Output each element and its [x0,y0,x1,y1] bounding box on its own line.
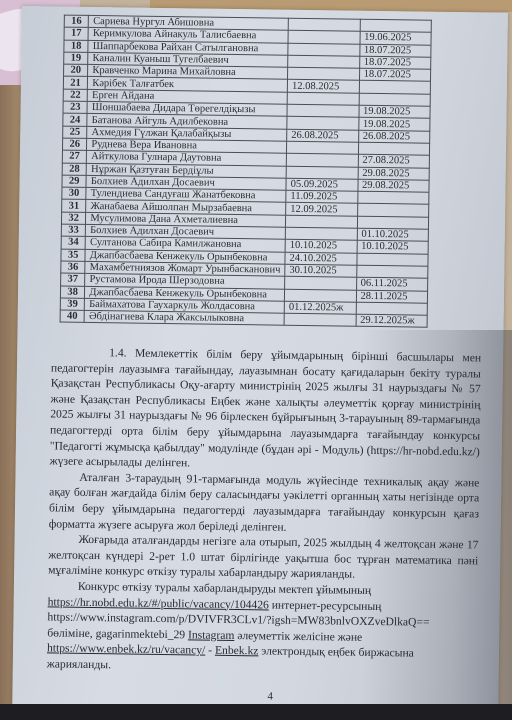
cell-num: 20 [64,64,88,77]
cell-date-hired [284,313,356,326]
cell-num: 37 [61,273,85,286]
cell-date-released [357,204,429,217]
cell-num: 25 [63,126,87,139]
cell-date-released [356,253,428,266]
cell-date-hired: 01.12.2025ж [284,301,356,314]
cell-date-released: 29.12.2025ж [356,314,428,327]
cell-date-released: 26.08.2025 [358,130,430,143]
cell-date-released: 06.11.2025 [356,277,428,290]
cell-date-hired [287,141,359,154]
cell-date-released [357,216,429,229]
cell-num: 38 [60,286,84,299]
cell-date-hired [285,276,357,289]
cell-num: 18 [64,40,88,53]
cell-date-hired [285,227,357,240]
hr-nobd-link[interactable]: https://hr.nobd.edu.kz/#/public/vacancy/… [48,595,269,611]
cell-date-released: 27.08.2025 [358,154,430,167]
cell-date-hired [288,55,360,68]
cell-date-hired: 12.09.2025 [286,203,358,216]
section-text: бөліміне, gagarinmektebi_29 [47,626,188,641]
cell-date-hired [287,117,359,130]
cell-date-released: 29.08.2025 [357,179,429,192]
document-page: 16Сариева Нургул Абишовна17Керимкулова А… [12,6,508,719]
cell-num: 17 [64,27,88,40]
cell-date-released: 18.07.2025 [359,44,431,57]
paragraph-1-4: 1.4. Мемлекеттік білім беру ұйымдарының … [50,344,482,475]
internet-resource-text: интернет-ресурсының [269,598,382,613]
cell-date-hired: 12.08.2025 [287,80,359,93]
cell-date-released [356,302,428,315]
paragraph-article-91: Аталған 3-тараудың 91-тармағында модуль … [49,469,480,537]
cell-num: 36 [61,261,85,274]
cell-date-hired: 11.09.2025 [286,190,358,203]
staff-table: 16Сариева Нургул Абишовна17Керимкулова А… [60,15,432,329]
cell-num: 27 [62,150,86,163]
paragraph-announcement: Жоғарыда аталғандарды негізге ала отырып… [48,532,479,585]
cell-num: 32 [61,212,85,225]
cell-date-hired [286,215,358,228]
document-body: 1.4. Мемлекеттік білім беру ұйымдарының … [47,344,482,677]
cell-date-hired [284,289,356,302]
cell-date-hired [288,43,360,56]
cell-date-hired [287,104,359,117]
cell-num: 19 [64,52,88,65]
cell-date-released [358,142,430,155]
cell-num: 34 [61,236,85,249]
cell-date-released: 18.07.2025 [359,68,431,81]
cell-date-released: 18.07.2025 [359,56,431,69]
cell-date-released: 29.08.2025 [358,167,430,180]
cell-date-hired [288,31,360,44]
cell-date-hired: 26.08.2025 [287,129,359,142]
staff-table-body: 16Сариева Нургул Абишовна17Керимкулова А… [60,15,431,328]
cell-date-released [356,265,428,278]
cell-date-hired [287,92,359,105]
bottom-dark-edge [0,704,512,720]
page-number: 4 [267,690,273,702]
cell-date-released: 19.06.2025 [360,32,432,45]
dash-text: - [205,644,215,657]
enbek-vacancy-link[interactable]: https://www.enbek.kz/ru/vacancy/ [47,642,205,657]
cell-num: 21 [63,77,87,90]
cell-num: 16 [64,15,88,28]
cell-name: Әбдінагиева Клара Жаксылыковна [84,311,284,326]
cell-num: 29 [62,175,86,188]
cell-num: 40 [60,310,84,323]
cell-num: 31 [62,200,86,213]
enbek-link[interactable]: Enbek.kz [215,644,259,658]
cell-date-released: 28.11.2025 [356,290,428,303]
cell-date-hired: 10.10.2025 [285,240,357,253]
cell-date-hired: 24.10.2025 [285,252,357,265]
cell-date-released: 19.08.2025 [359,105,431,118]
paragraph-links: https://hr.nobd.edu.kz/#/public/vacancy/… [47,594,478,678]
cell-num: 23 [63,101,87,114]
cell-date-released [359,81,431,94]
cell-date-released: 19.08.2025 [358,118,430,131]
cell-num: 24 [63,113,87,126]
cell-num: 26 [62,138,86,151]
cell-date-hired [288,18,360,31]
social-network-text: әлеуметтік желісіне және [234,629,362,644]
cell-num: 30 [62,187,86,200]
cell-date-hired [286,166,358,179]
cell-date-hired [286,153,358,166]
cell-date-released: 10.10.2025 [357,241,429,254]
cell-date-released [360,19,432,32]
cell-num: 22 [63,89,87,102]
cell-num: 39 [60,298,84,311]
cell-date-hired: 05.09.2025 [286,178,358,191]
cell-num: 33 [61,224,85,237]
cell-date-hired [288,67,360,80]
cell-date-released: 01.10.2025 [357,228,429,241]
cell-date-released [357,191,429,204]
cell-num: 35 [61,249,85,262]
cell-date-released [359,93,431,106]
cell-date-hired: 30.10.2025 [285,264,357,277]
cell-num: 28 [62,163,86,176]
instagram-link[interactable]: Instagram [188,628,235,642]
